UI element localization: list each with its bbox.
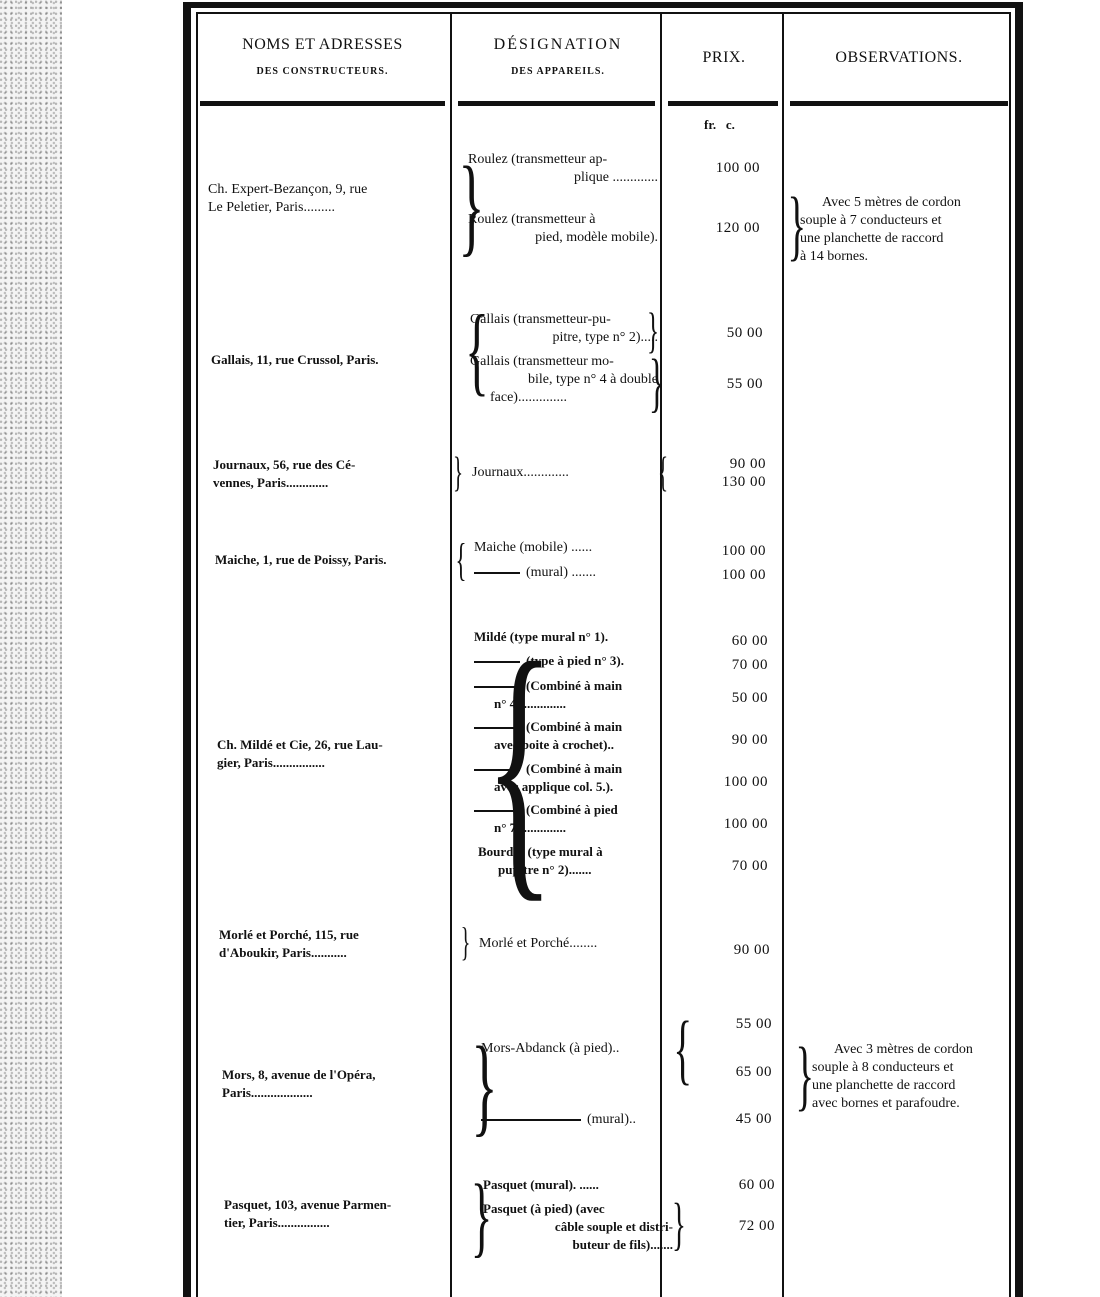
list-item: (mural)..	[481, 1111, 671, 1129]
maker-maiche: Maiche, 1, rue de Poissy, Paris.	[215, 551, 455, 569]
maker-line: Le Peletier, Paris.........	[208, 199, 448, 217]
maker-line: Paris...................	[222, 1084, 462, 1102]
brace-left: {	[456, 537, 467, 583]
brace-right: }	[471, 1172, 493, 1262]
column-divider-1	[450, 12, 452, 1297]
header-makers-subtitle: DES CONSTRUCTEURS.	[200, 66, 445, 77]
list-item: (mural) .......	[474, 564, 662, 582]
price-value: 90 00	[698, 732, 768, 749]
list-item: Gallais (transmetteur-pu- pitre, type n°…	[470, 311, 658, 347]
header-rule-4	[790, 101, 1008, 106]
maker-gallais: Gallais, 11, rue Crussol, Paris.	[211, 351, 451, 369]
maker-line: Ch. Mildé et Cie, 26, rue Lau-	[217, 736, 457, 754]
item-line: plique .............	[468, 169, 658, 187]
header-designation-subtitle: DES APPAREILS.	[458, 66, 658, 77]
maker-line: Journaux, 56, rue des Cé-	[213, 456, 453, 474]
item-line: (mural)..	[587, 1112, 636, 1127]
header-rule-3	[668, 101, 778, 106]
header-observations-title: OBSERVATIONS.	[790, 49, 1008, 67]
price-value: 90 00	[696, 456, 766, 473]
brace-right: }	[795, 1036, 814, 1114]
price-value: 50 00	[698, 690, 768, 707]
maker-line: Morlé et Porché, 115, rue	[219, 926, 459, 944]
item-line: câble souple et distri-	[483, 1218, 673, 1236]
brace-left: {	[658, 452, 668, 494]
list-item: Gallais (transmetteur mo- bile, type n° …	[470, 353, 658, 407]
item-line: Pasquet (à pied) (avec	[483, 1200, 673, 1218]
header-designation: DÉSIGNATION DES APPAREILS.	[458, 36, 658, 77]
maker-expert-bezancon: Ch. Expert-Bezançon, 9, rue Le Peletier,…	[208, 181, 448, 217]
observation-line: souple à 8 conducteurs et	[812, 1059, 1012, 1077]
price-value: 70 00	[698, 657, 768, 674]
list-item: Morlé et Porché........	[479, 935, 667, 953]
observation-line: une planchette de raccord	[812, 1077, 1012, 1095]
item-line: Roulez (transmetteur ap-	[468, 151, 658, 169]
observation-line: avec bornes et parafoudre.	[812, 1095, 1012, 1113]
ditto-dash	[474, 572, 520, 574]
item-line: Roulez (transmetteur à	[468, 211, 658, 229]
brace-right: }	[471, 1030, 497, 1140]
price-value: 60 00	[705, 1177, 775, 1194]
price-value: 120 00	[690, 220, 760, 237]
price-value: 100 00	[696, 567, 766, 584]
observation-line: une planchette de raccord	[800, 230, 1005, 248]
brace-right: }	[672, 1195, 686, 1253]
header-makers-title: NOMS ET ADRESSES	[200, 36, 445, 54]
price-value: 90 00	[700, 942, 770, 959]
item-line: bile, type n° 4 à double	[470, 371, 658, 389]
observation-line: Avec 3 mètres de cordon	[812, 1041, 1012, 1059]
header-price-title: PRIX.	[668, 49, 780, 67]
list-item: Pasquet (à pied) (avec câble souple et d…	[483, 1200, 673, 1254]
observation-line: Avec 5 mètres de cordon	[800, 194, 1005, 212]
list-item: Journaux.............	[472, 464, 660, 482]
maker-line: Pasquet, 103, avenue Parmen-	[224, 1196, 464, 1214]
maker-line: Mors, 8, avenue de l'Opéra,	[222, 1066, 462, 1084]
maker-line: d'Aboukir, Paris...........	[219, 944, 459, 962]
header-rule-2	[458, 101, 655, 106]
brace-left: {	[673, 1010, 692, 1088]
header-makers: NOMS ET ADRESSES DES CONSTRUCTEURS.	[200, 36, 445, 77]
list-item: Mors-Abdanck (à pied)..	[481, 1040, 671, 1058]
maker-morle-porche: Morlé et Porché, 115, rue d'Aboukir, Par…	[219, 926, 459, 962]
list-item: Maiche (mobile) ......	[474, 539, 662, 557]
maker-line: Ch. Expert-Bezançon, 9, rue	[208, 181, 448, 199]
price-value: 130 00	[696, 474, 766, 491]
brace-right: }	[649, 350, 665, 416]
item-line: pitre, type n° 2).....	[470, 329, 658, 347]
price-value: 100 00	[698, 816, 768, 833]
item-line: Gallais (transmetteur mo-	[470, 353, 658, 371]
price-value: 65 00	[702, 1064, 772, 1081]
header-rule-1	[200, 101, 445, 106]
observation-note: Avec 5 mètres de cordon souple à 7 condu…	[800, 194, 1005, 266]
price-value: 72 00	[705, 1218, 775, 1235]
list-item: Roulez (transmetteur ap- plique ........…	[468, 151, 658, 187]
price-value: 100 00	[696, 543, 766, 560]
brace-right: }	[461, 922, 471, 962]
price-value: 100 00	[690, 160, 760, 177]
brace-left: {	[485, 620, 555, 910]
maker-line: vennes, Paris.............	[213, 474, 453, 492]
header-designation-title: DÉSIGNATION	[458, 36, 658, 54]
item-line: face)..............	[470, 389, 658, 407]
price-value: 70 00	[698, 858, 768, 875]
observation-line: souple à 7 conducteurs et	[800, 212, 1005, 230]
column-divider-3	[782, 12, 784, 1297]
maker-mors: Mors, 8, avenue de l'Opéra, Paris.......…	[222, 1066, 462, 1102]
price-value: 50 00	[693, 325, 763, 342]
maker-pasquet: Pasquet, 103, avenue Parmen- tier, Paris…	[224, 1196, 464, 1232]
maker-journaux: Journaux, 56, rue des Cé- vennes, Paris.…	[213, 456, 453, 492]
brace-right: }	[453, 452, 463, 494]
observation-line: à 14 bornes.	[800, 248, 1005, 266]
price-value: 100 00	[698, 774, 768, 791]
price-units-label: fr. c.	[704, 117, 735, 133]
list-item: Pasquet (mural). ......	[483, 1176, 673, 1194]
item-line: buteur de fils).......	[483, 1236, 673, 1254]
price-value: 45 00	[702, 1111, 772, 1128]
brace-right: }	[787, 186, 806, 264]
price-value: 55 00	[702, 1016, 772, 1033]
brace-left: {	[465, 300, 489, 400]
maker-line: gier, Paris................	[217, 754, 457, 772]
header-price: PRIX.	[668, 49, 780, 67]
price-value: 60 00	[698, 633, 768, 650]
price-value: 55 00	[693, 376, 763, 393]
item-line: (mural) .......	[526, 565, 596, 580]
maker-milde: Ch. Mildé et Cie, 26, rue Lau- gier, Par…	[217, 736, 457, 772]
maker-line: tier, Paris................	[224, 1214, 464, 1232]
page-binding-gutter	[0, 0, 62, 1297]
header-observations: OBSERVATIONS.	[790, 49, 1008, 67]
item-line: Gallais (transmetteur-pu-	[470, 311, 658, 329]
observation-note: Avec 3 mètres de cordon souple à 8 condu…	[812, 1041, 1012, 1113]
list-item: Roulez (transmetteur à pied, modèle mobi…	[468, 211, 658, 247]
item-line: pied, modèle mobile).	[468, 229, 658, 247]
